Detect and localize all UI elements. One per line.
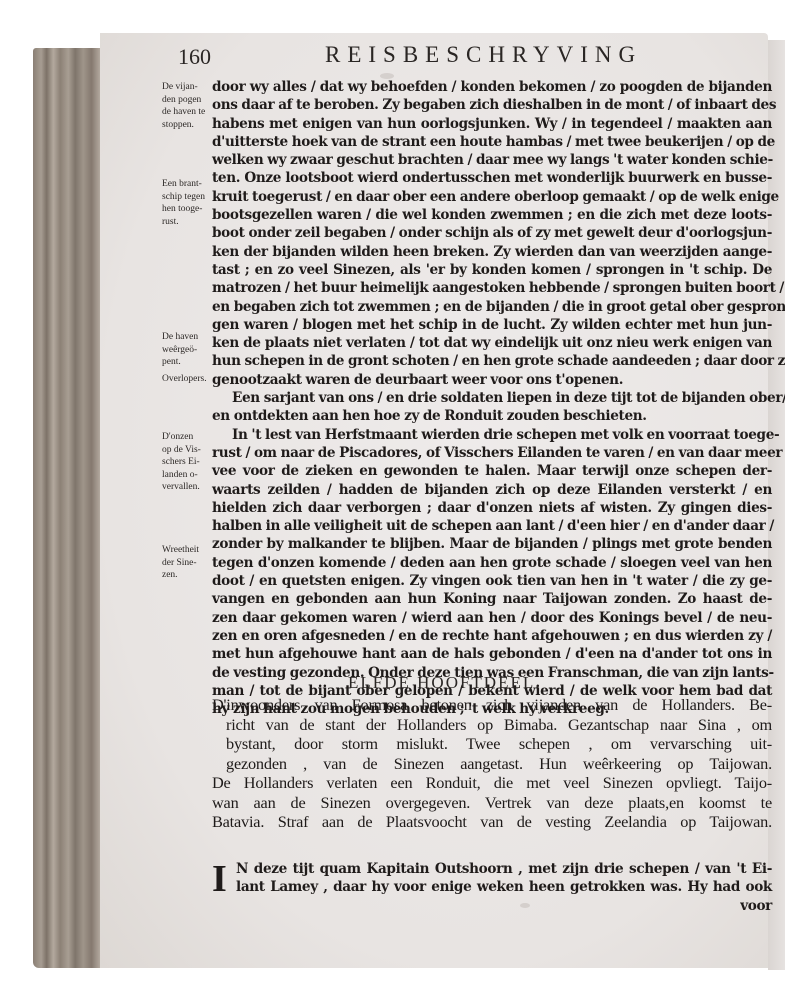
margin-note-line: de haven te xyxy=(162,106,210,119)
text-line: zen daar gekomen waren / wierd aan hen /… xyxy=(212,609,772,627)
text-line: vee voor de zieken en gewonden te halen.… xyxy=(212,462,772,480)
summary-line: bystant, door storm mislukt. Twee schepe… xyxy=(212,734,772,754)
book-page-edges xyxy=(33,48,101,968)
margin-note-line: den pogen xyxy=(162,94,210,107)
text-line: zonder by malkander te blijben. Maar de … xyxy=(212,535,772,553)
margin-note-line: schip tegen xyxy=(162,191,210,204)
text-line: lant Lamey , daar hy voor enige weken he… xyxy=(212,878,772,896)
margin-note-line: der Sine- xyxy=(162,557,210,570)
summary-line: wan aan de Sinezen overgegeven. Vertrek … xyxy=(212,793,772,813)
text-line: door wy alles / dat wy behoefden / konde… xyxy=(212,78,772,96)
margin-note-line: De haven xyxy=(162,331,210,344)
running-title: REISBESCHRYVING xyxy=(325,42,642,68)
margin-note-line: vervallen. xyxy=(162,481,210,494)
text-line: tegen d'onzen komende / deden aan hen gr… xyxy=(212,554,772,572)
chapter-title: ELFDE HOOFTDEEL. xyxy=(348,673,541,693)
margin-note: De vijan- den pogen de haven te stoppen. xyxy=(162,81,210,131)
text-line: vangen en gebonden aan hun Koning naar T… xyxy=(212,590,772,608)
text-line: hielden zich daar verborgen ; daar d'onz… xyxy=(212,499,772,517)
margin-note-line: weêrgeö- xyxy=(162,344,210,357)
text-line: rust / om naar de Piscadores, of Vissche… xyxy=(212,444,772,462)
body-text: door wy alles / dat wy behoefden / konde… xyxy=(212,78,772,718)
text-line: genootzaakt waren de deurbaart weer voor… xyxy=(212,371,772,389)
text-line: gen waren / blogen met het schip in de l… xyxy=(212,316,772,334)
margin-note-line: zen. xyxy=(162,569,210,582)
margin-note-line: D'onzen xyxy=(162,431,210,444)
summary-line: gezonden , van de Sinezen aangetast. Hun… xyxy=(212,754,772,774)
text-line: en begaben zich tot zwemmen ; en de bija… xyxy=(212,298,772,316)
page-number: 160 xyxy=(178,44,211,70)
margin-note-line: Een brant- xyxy=(162,178,210,191)
margin-note-line: op de Vis- xyxy=(162,444,210,457)
margin-note: De haven weêrgeö- pent. xyxy=(162,331,210,369)
text-line: ken de plaats niet verlaten / tot dat wy… xyxy=(212,334,772,352)
text-line: en ontdekten aan hen hoe zy de Ronduit z… xyxy=(212,407,772,425)
text-line: Een sarjant van ons / en drie soldaten l… xyxy=(212,389,772,407)
text-line: boot onder zeil begaben / onder schijn a… xyxy=(212,224,772,242)
summary-line: De Hollanders verlaten een Ronduit, die … xyxy=(212,773,772,793)
text-line: doot / en quetsten enigen. Zy vingen ook… xyxy=(212,572,772,590)
margin-note: Een brant- schip tegen hen tooge- rust. xyxy=(162,178,210,228)
chapter-opening-paragraph: N deze tijt quam Kapitain Outshoorn , me… xyxy=(212,860,772,915)
summary-line: D'inwoonders van Formosa betonen zich vi… xyxy=(212,695,772,715)
margin-note-line: Overlopers. xyxy=(162,373,210,386)
margin-note-line: schers Ei- xyxy=(162,456,210,469)
margin-note-line: stoppen. xyxy=(162,119,210,132)
catchword: voor xyxy=(212,897,772,915)
text-line: welken wy zwaar geschut brachten / daar … xyxy=(212,151,772,169)
text-line: waarts zeilden / hadden de bijanden zich… xyxy=(212,481,772,499)
margin-note-line: rust. xyxy=(162,216,210,229)
text-line: ten. Onze lootsboot wierd ondertusschen … xyxy=(212,169,772,187)
text-line: matrozen / het buur heimelijk aangestoke… xyxy=(212,279,772,297)
text-line: tast ; en zo veel Sinezen, als 'er by ko… xyxy=(212,261,772,279)
margin-note: D'onzen op de Vis- schers Ei- landen o- … xyxy=(162,431,210,494)
text-line: ken der bijanden wilden heen breken. Zy … xyxy=(212,243,772,261)
text-line: bootsgezellen waren / die wel konden zwe… xyxy=(212,206,772,224)
margin-note-line: pent. xyxy=(162,356,210,369)
text-line: kruit toegerust / en daar ober een ander… xyxy=(212,188,772,206)
margin-note: Wreetheit der Sine- zen. xyxy=(162,544,210,582)
chapter-summary: D'inwoonders van Formosa betonen zich vi… xyxy=(212,695,772,832)
text-line: habens met enigen van hun oorlogsjunken.… xyxy=(212,115,772,133)
text-line: met hun afgehouwe hant aan de hals gebon… xyxy=(212,645,772,663)
margin-note-line: hen tooge- xyxy=(162,203,210,216)
text-line: ons daar af te beroben. Zy begaben zich … xyxy=(212,96,772,114)
text-line: zen en oren afgesneden / en de rechte ha… xyxy=(212,627,772,645)
text-line: N deze tijt quam Kapitain Outshoorn , me… xyxy=(212,860,772,878)
summary-line: richt van de stant der Hollanders op Bim… xyxy=(212,715,772,735)
margin-note-line: landen o- xyxy=(162,469,210,482)
summary-line: Batavia. Straf aan de Plaatsvoocht van d… xyxy=(212,812,772,832)
text-line: halben in alle veiligheit uit de schepen… xyxy=(212,517,772,535)
margin-note: Overlopers. xyxy=(162,373,210,386)
margin-note-line: Wreetheit xyxy=(162,544,210,557)
running-head: 160 REISBESCHRYVING xyxy=(160,38,780,78)
text-line: hun schepen in de gront schoten / en hen… xyxy=(212,352,772,370)
text-line: In 't lest van Herfstmaant wierden drie … xyxy=(212,426,772,444)
margin-note-line: De vijan- xyxy=(162,81,210,94)
text-line: d'uitterste hoek van de strant een houte… xyxy=(212,133,772,151)
